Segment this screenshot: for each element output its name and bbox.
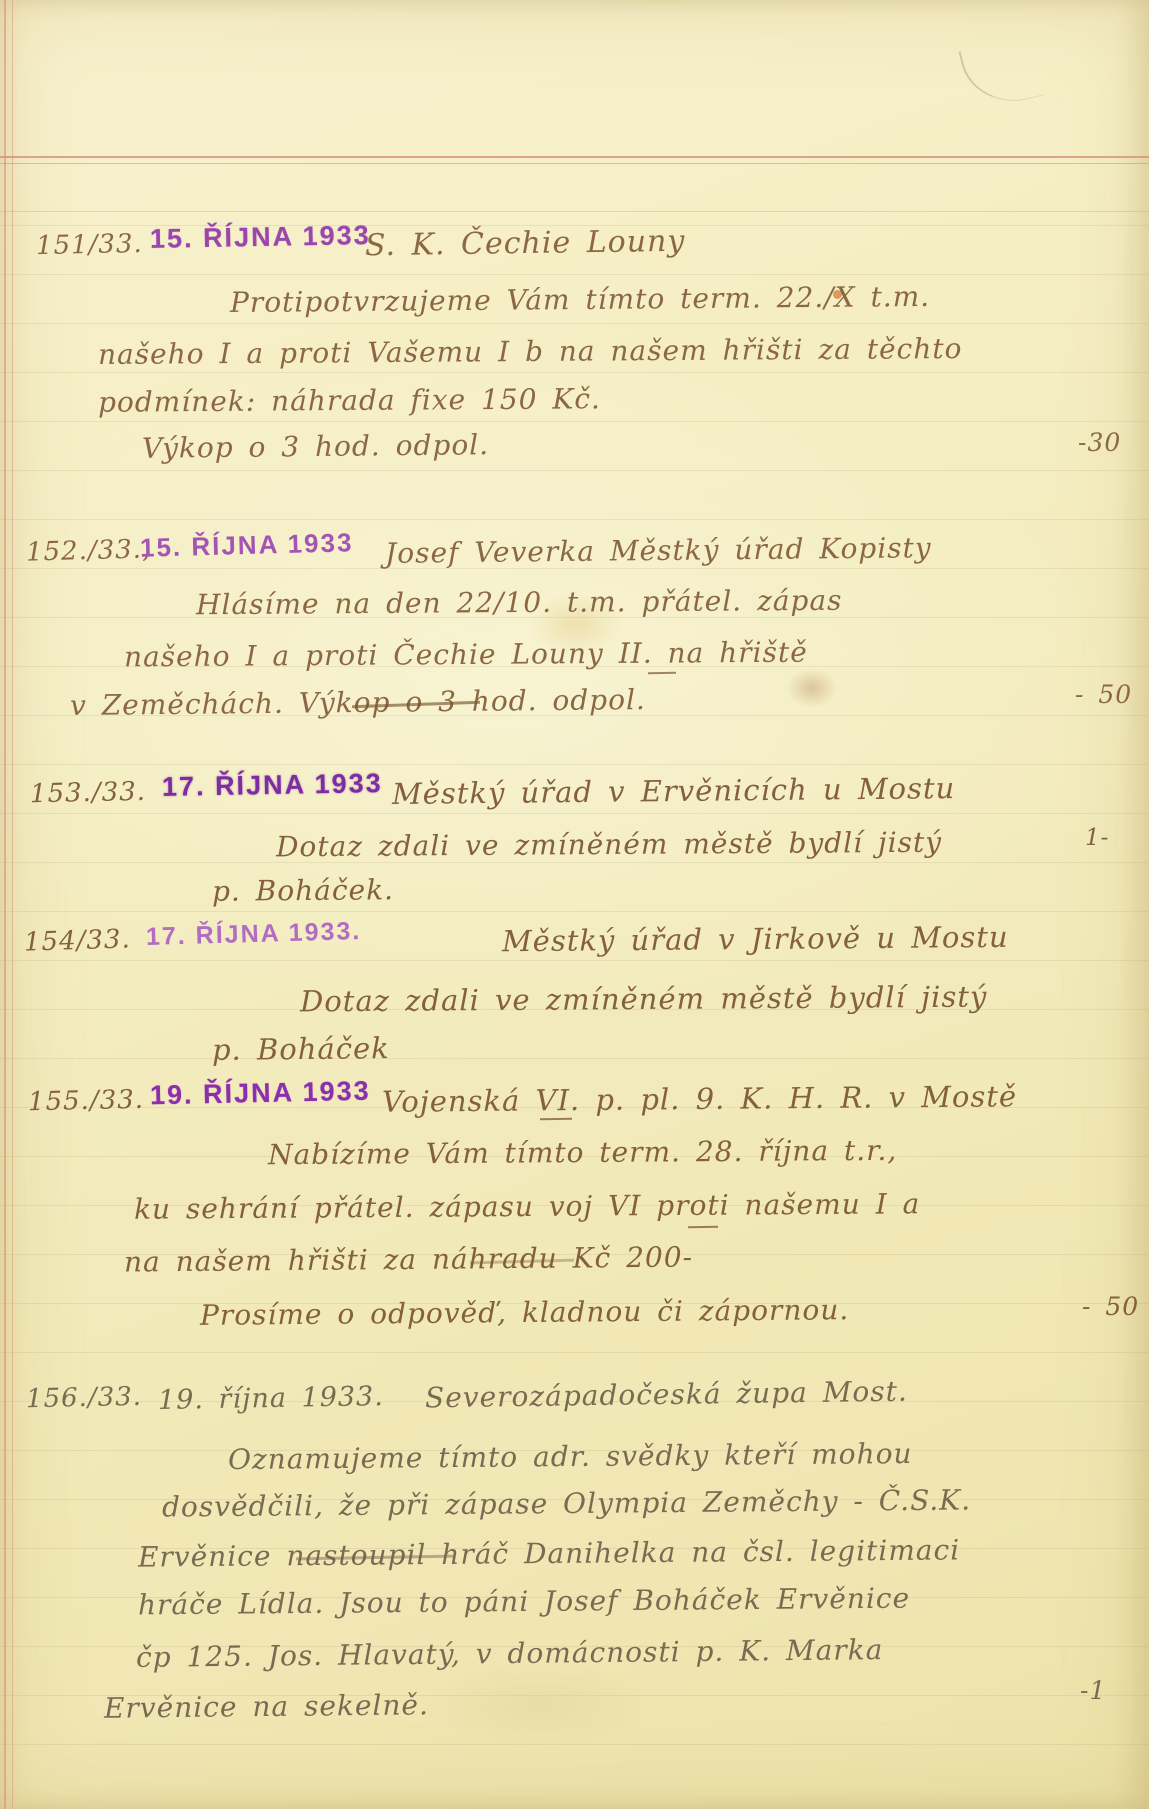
margin-amount: 1- [1085, 825, 1109, 851]
entry-number: 154/33. [24, 924, 132, 957]
date-stamp: 15. ŘÍJNA 1933 [150, 220, 371, 255]
entry-line: Oznamujeme tímto adr. svědky kteří mohou [228, 1437, 913, 1476]
entry-line: na našem hřišti za náhradu Kč 200- [124, 1241, 693, 1279]
entry-line: našeho I a proti Čechie Louny II. na hři… [124, 636, 808, 674]
entry-heading: Městký úřad v Ervěnicích u Mostu [392, 771, 956, 811]
date-stamp: 15. ŘÍJNA 1933 [140, 527, 354, 564]
entry-date-handwritten: 19. října 1933. [158, 1381, 384, 1416]
entry-line: dosvědčili, že při zápase Olympia Zeměch… [162, 1483, 971, 1523]
entry-number: 151/33. [36, 229, 143, 261]
entry-line: Protipotvrzujeme Vám tímto term. 22./X t… [230, 280, 930, 319]
ledger-page: 151/33. 15. ŘÍJNA 1933 S. K. Čechie Loun… [0, 0, 1149, 1809]
entry-line: p. Boháček. [212, 873, 394, 908]
entry-line: hráče Lídla. Jsou to páni Josef Boháček … [138, 1582, 910, 1622]
date-stamp: 19. ŘÍJNA 1933 [150, 1076, 371, 1112]
entry-heading: Josef Veverka Městký úřad Kopisty [385, 531, 932, 570]
margin-amount: -30 [1078, 428, 1121, 457]
underline-mark [540, 1118, 572, 1121]
pencil-mark [958, 34, 1043, 113]
date-stamp: 17. ŘÍJNA 1933. [146, 917, 362, 952]
date-stamp: 17. ŘÍJNA 1933 [162, 768, 383, 803]
margin-amount: - 50 [1075, 680, 1132, 709]
entry-number: 153./33. [30, 777, 147, 809]
entry-number: 152./33., [26, 534, 152, 567]
entry-line: v Zeměchách. Výkop o 3 hod. odpol. [70, 683, 646, 722]
entry-heading: Severozápadočeská župa Most. [425, 1375, 908, 1415]
header-rule-top [0, 156, 1149, 158]
entry-heading: S. K. Čechie Louny [365, 224, 686, 263]
underline-mark [688, 1226, 718, 1229]
entry-line: Dotaz zdali ve zmíněném městě bydlí jist… [276, 826, 942, 864]
entry-line: Ervěnice nastoupil hráč Danihelka na čsl… [138, 1533, 960, 1573]
ink-stain [786, 668, 838, 708]
margin-amount: - 50 [1082, 1292, 1139, 1321]
faint-header-rule [0, 211, 1149, 212]
left-margin-rule-inner [12, 0, 13, 1809]
entry-line: Dotaz zdali ve zmíněném městě bydlí jist… [300, 980, 988, 1019]
entry-line: p. Boháček [212, 1031, 390, 1067]
entry-heading: Vojenská VI. p. pl. 9. K. H. R. v Mostě [382, 1079, 1017, 1119]
entry-line: našeho I a proti Vašemu I b na našem hři… [98, 332, 963, 371]
entry-line: podmínek: náhrada fixe 150 Kč. [98, 382, 601, 419]
entry-line: Výkop o 3 hod. odpol. [142, 428, 489, 465]
entry-heading: Městký úřad v Jirkově u Mostu [502, 920, 1009, 958]
entry-line: Hlásíme na den 22/10. t.m. přátel. zápas [196, 584, 843, 622]
entry-line: Ervěnice na sekelně. [104, 1688, 429, 1724]
underline-mark [648, 672, 676, 674]
left-margin-rule-outer [4, 0, 6, 1809]
entry-number: 156./33. [26, 1382, 143, 1414]
header-rule-bottom [0, 163, 1149, 164]
entry-number: 155./33. [28, 1085, 145, 1117]
entry-line: Nabízíme Vám tímto term. 28. října t.r., [268, 1134, 897, 1171]
paper-stain [420, 1660, 660, 1750]
entry-line: čp 125. Jos. Hlavatý, v domácnosti p. K.… [136, 1633, 884, 1674]
entry-line: ku sehrání přátel. zápasu voj VI proti n… [134, 1187, 921, 1225]
margin-amount: -1 [1080, 1676, 1106, 1705]
entry-line: Prosíme o odpověď, kladnou či zápornou. [200, 1293, 849, 1332]
